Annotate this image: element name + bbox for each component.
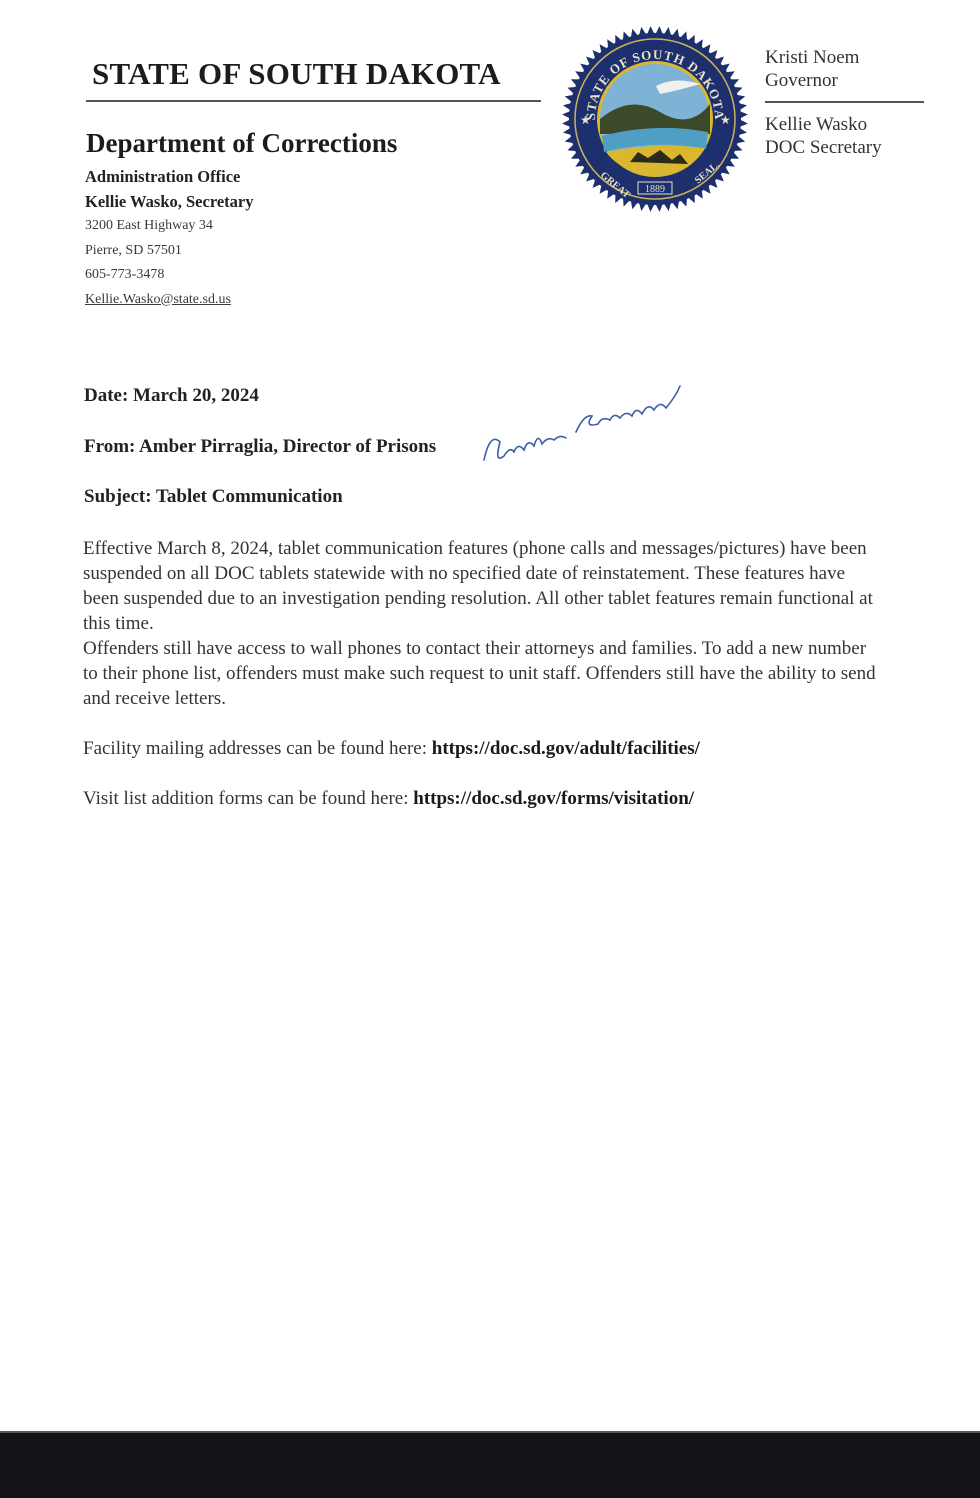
secretary-title: DOC Secretary [765,136,882,159]
address-line-2: Pierre, SD 57501 [85,239,254,264]
visit-forms-line: Visit list addition forms can be found h… [83,788,694,810]
header-divider [86,100,541,102]
secretary-block: Kellie Wasko DOC Secretary [765,113,882,159]
memo-subject: Subject: Tablet Communication [84,486,343,508]
body-paragraph-1: Effective March 8, 2024, tablet communic… [83,536,883,636]
svg-text:★: ★ [580,113,591,127]
facility-url-link[interactable]: https://doc.sd.gov/adult/facilities/ [432,738,700,759]
signature [480,372,690,472]
svg-text:★: ★ [720,113,731,127]
department-name: Department of Corrections [86,128,397,159]
office-name: Administration Office [85,165,254,190]
sender-address-block: Administration Office Kellie Wasko, Secr… [85,165,254,312]
phone-number: 605-773-3478 [85,263,254,288]
bottom-bar [0,1431,980,1498]
facility-addresses-line: Facility mailing addresses can be found … [83,738,700,760]
governor-block: Kristi Noem Governor [765,46,859,92]
memo-date: Date: March 20, 2024 [84,385,259,407]
svg-text:1889: 1889 [645,184,665,195]
governor-title: Governor [765,69,859,92]
facility-label: Facility mailing addresses can be found … [83,738,432,759]
memo-from: From: Amber Pirraglia, Director of Priso… [84,436,436,458]
memo-body: Effective March 8, 2024, tablet communic… [83,536,883,711]
email-link[interactable]: Kellie.Wasko@state.sd.us [85,288,254,313]
visit-label: Visit list addition forms can be found h… [83,788,413,809]
state-seal-icon: STATE OF SOUTH DAKOTA ★ ★ GREAT SEAL. 18… [560,24,750,214]
address-line-1: 3200 East Highway 34 [85,214,254,239]
officials-divider [765,101,924,103]
visit-url-link[interactable]: https://doc.sd.gov/forms/visitation/ [413,788,694,809]
body-paragraph-2: Offenders still have access to wall phon… [83,636,883,711]
secretary-line: Kellie Wasko, Secretary [85,190,254,215]
governor-name: Kristi Noem [765,46,859,69]
state-title: STATE OF SOUTH DAKOTA [92,56,501,92]
secretary-name: Kellie Wasko [765,113,882,136]
